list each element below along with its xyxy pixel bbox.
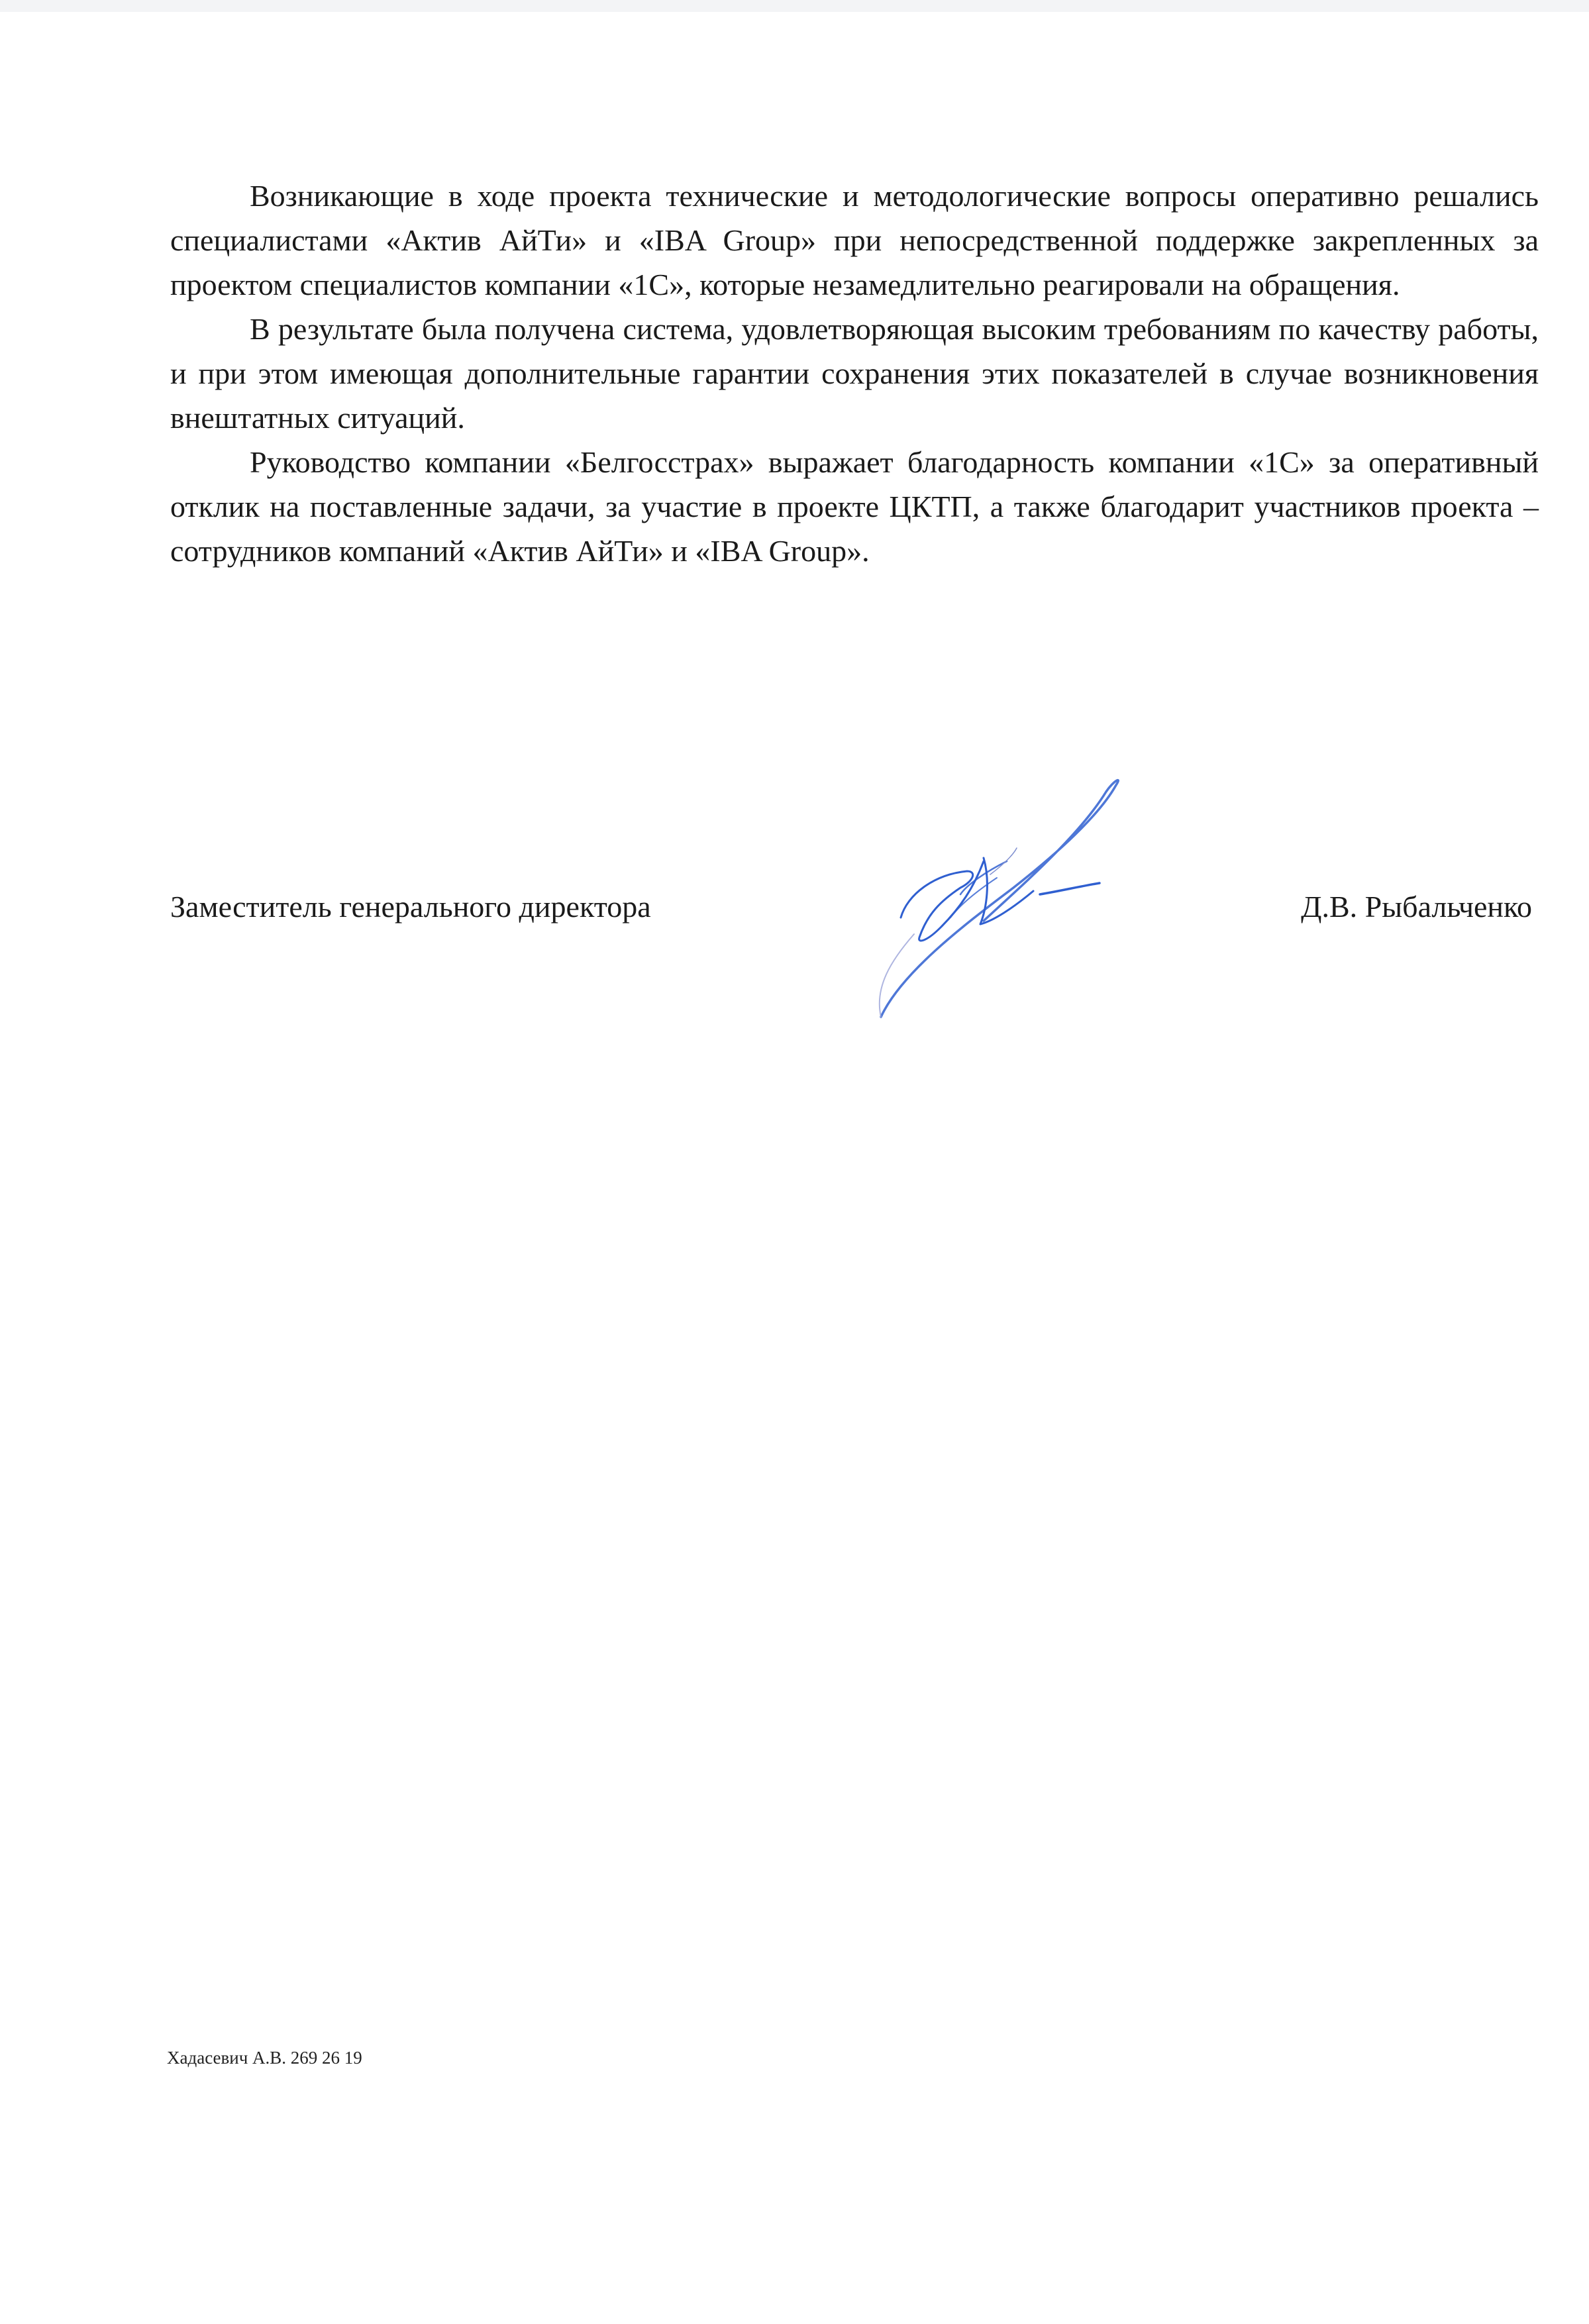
signer-position: Заместитель генерального директора <box>170 884 651 929</box>
paragraph-technical-issues: Возникающие в ходе проекта технические и… <box>170 174 1539 307</box>
paragraph-result: В результате была получена система, удов… <box>170 307 1539 440</box>
signature-row: Заместитель генерального директора Д.В. … <box>170 884 1539 931</box>
executor-contact: Хадасевич А.В. 269 26 19 <box>167 2046 362 2070</box>
signer-name: Д.В. Рыбальченко <box>1301 884 1532 929</box>
letter-body: Возникающие в ходе проекта технические и… <box>170 174 1539 573</box>
paragraph-gratitude: Руководство компании «Белгосстрах» выраж… <box>170 440 1539 573</box>
page-top-edge <box>0 0 1589 12</box>
